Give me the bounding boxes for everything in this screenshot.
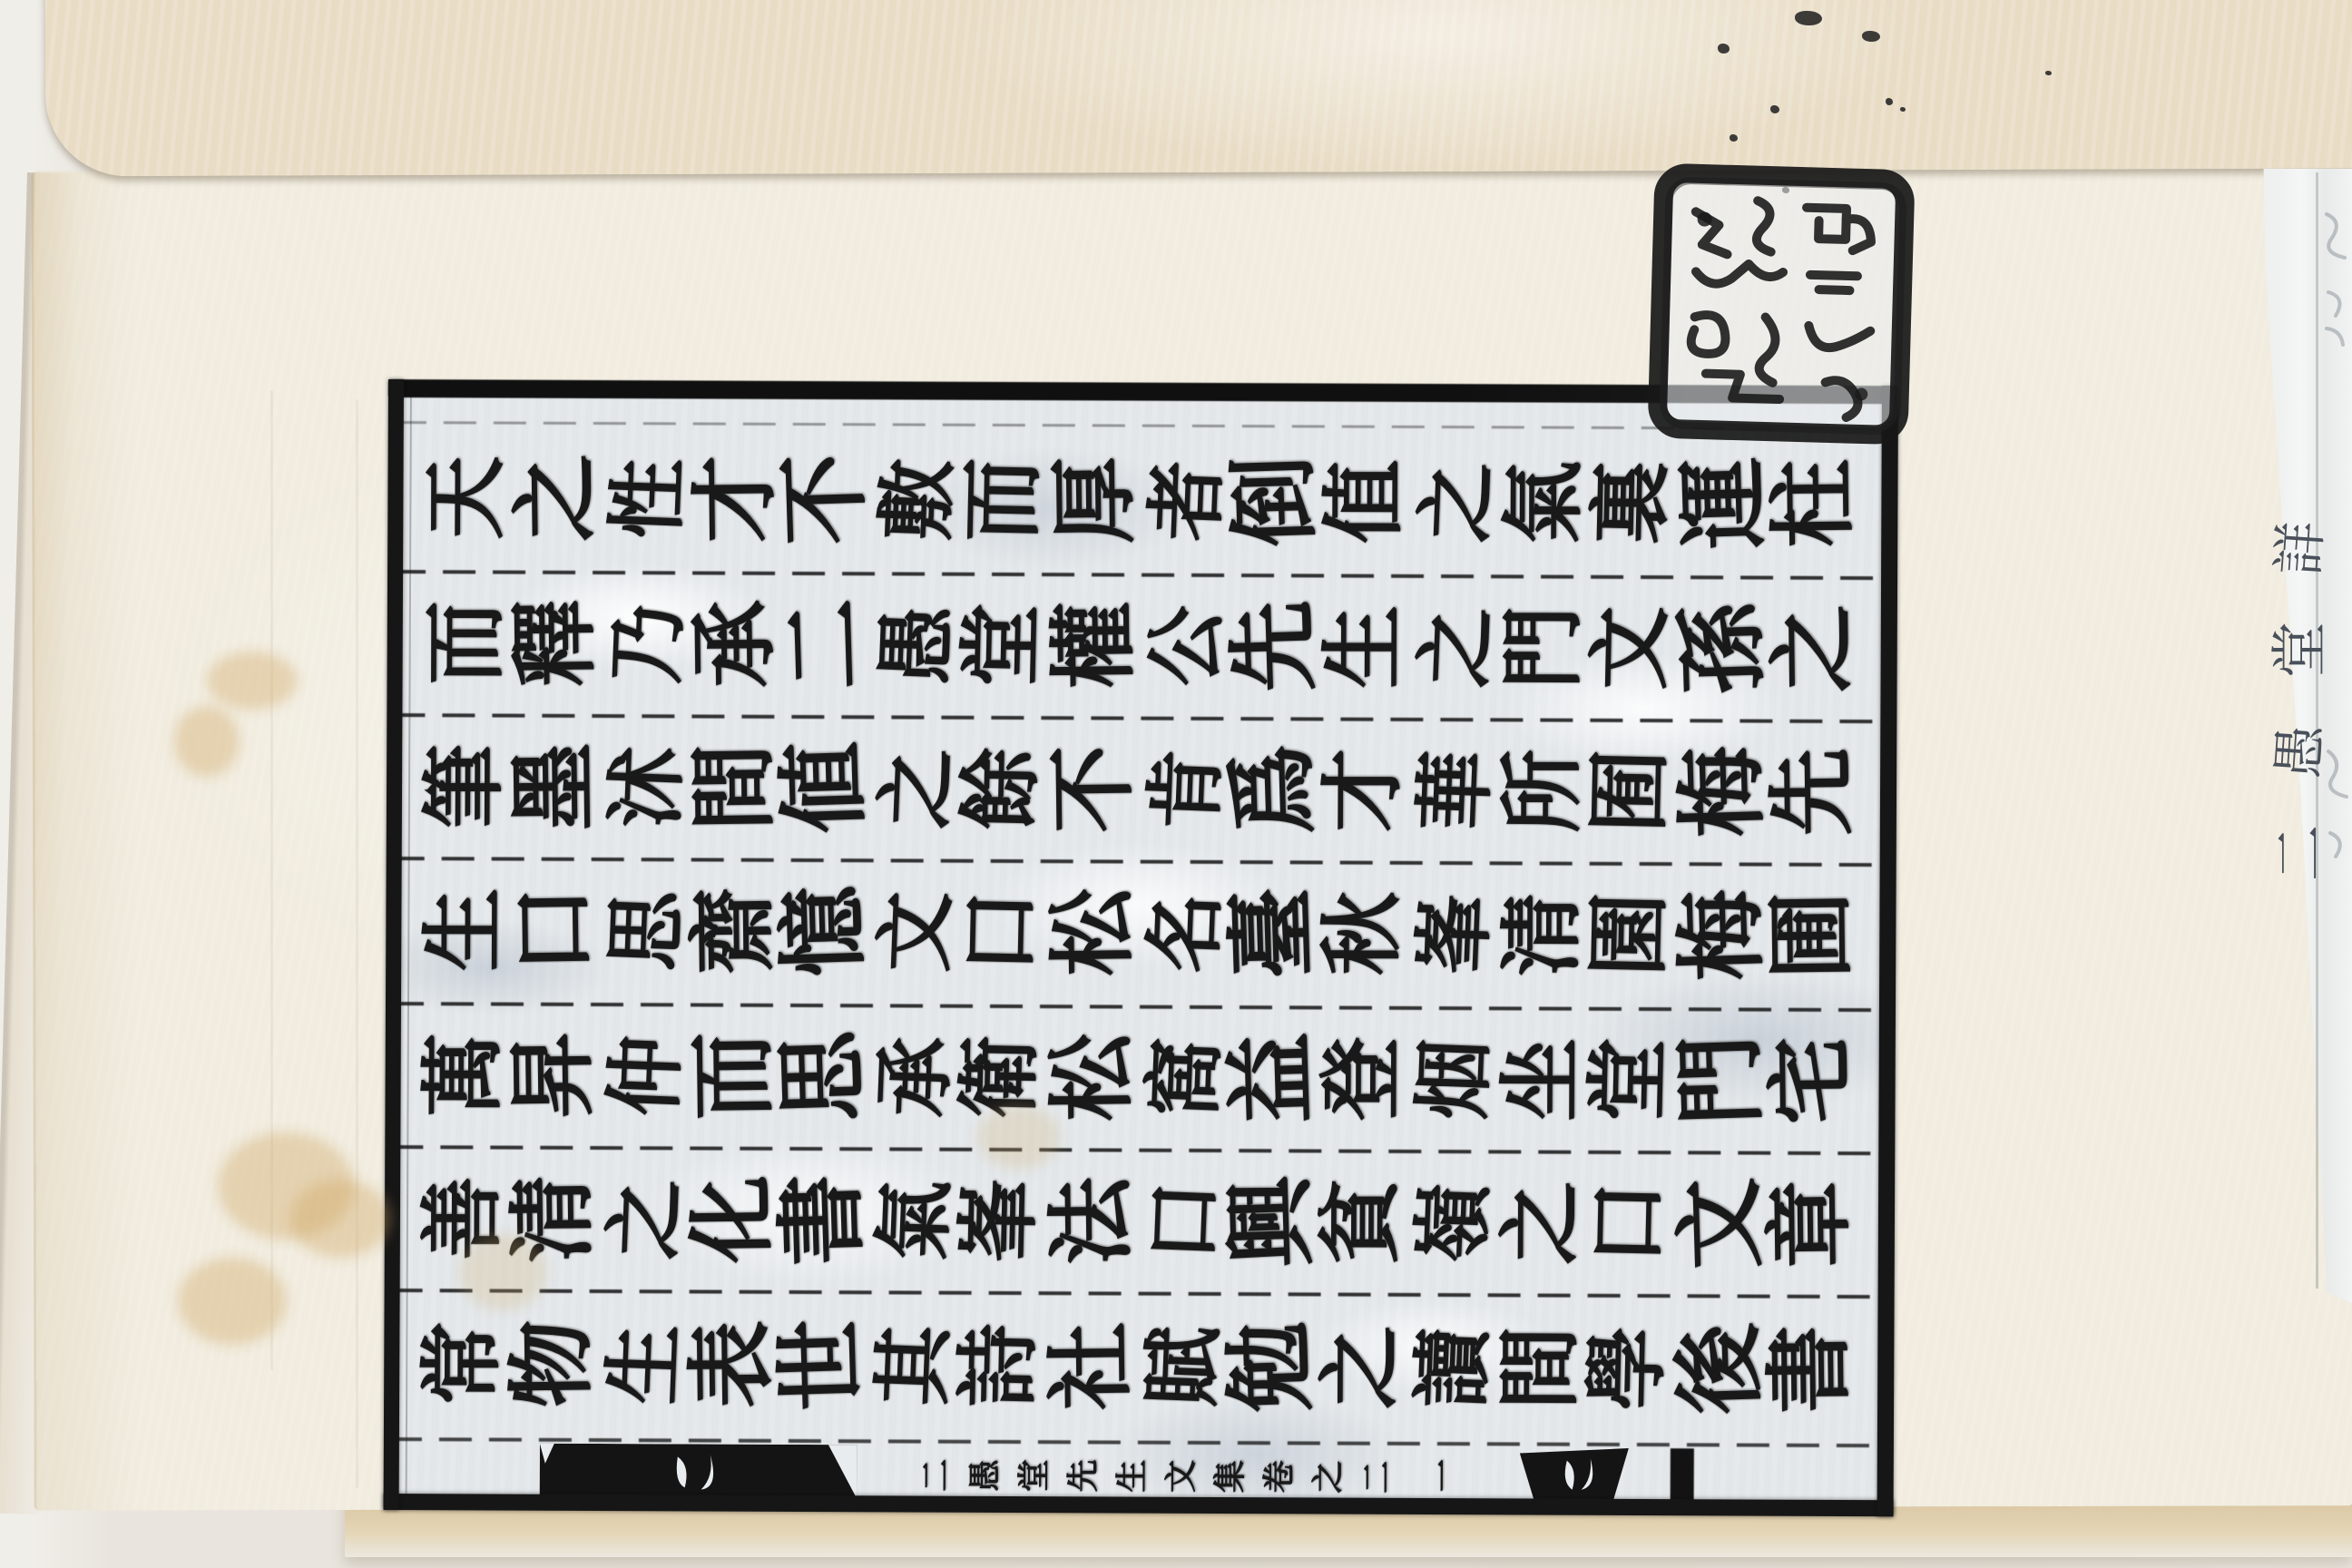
faint-handwriting — [2319, 205, 2352, 396]
stain — [178, 1258, 287, 1345]
paper-crease — [356, 399, 358, 1488]
fishtail-ornament-left — [540, 1444, 857, 1500]
stain — [290, 1180, 390, 1258]
faint-handwriting — [2323, 744, 2352, 889]
collector-seal — [1644, 160, 1921, 450]
stain — [978, 1105, 1060, 1169]
ink-speck — [1718, 44, 1730, 54]
ink-speck — [1795, 11, 1822, 25]
print-frame: 天之性才不敷而厚者倒值之氣裏運柱 而釋乃承二愚堂權公先生之門文孫之 筆墨沭間値之… — [384, 379, 1898, 1518]
fishtail-ornament-right — [1520, 1447, 1629, 1504]
ink-speck — [1730, 134, 1738, 142]
banxin-title: 二愚堂先生文集卷之二 — [912, 1451, 1402, 1502]
stain — [174, 706, 240, 777]
text-column: 常物生表世其詩社賦勉之讀間學後書 — [416, 1292, 1869, 1440]
text-column: 天之性才不敷而厚者倒值之氣裏運柱 — [420, 426, 1873, 574]
text-column: 生口思齋憶文口松名臺秋峯清園梅圃 — [418, 858, 1871, 1006]
text-column: 筆墨沭間値之餘不肯爲才華所囿梅先 — [419, 715, 1872, 863]
ink-speck — [2045, 71, 2052, 75]
text-column: 善清之化書氣峯法口興貧嶺之口文章 — [417, 1147, 1870, 1295]
text-column: 而釋乃承二愚堂權公先生之門文孫之 — [419, 572, 1872, 720]
stain — [459, 1234, 546, 1310]
text-column: 萬昇仲而思承衛松窩益登烟坐堂門宅 — [417, 1004, 1870, 1151]
ink-speck — [1770, 105, 1779, 113]
ink-speck — [1900, 107, 1906, 112]
stain — [207, 652, 298, 710]
ink-speck — [1862, 31, 1880, 42]
banxin-bar — [1671, 1448, 1694, 1503]
book-photograph: 天之性才不敷而厚者倒值之氣裏運柱 而釋乃承二愚堂權公先生之門文孫之 筆墨沭間値之… — [0, 0, 2352, 1568]
page-number: 一 — [1429, 1451, 1460, 1502]
ink-speck — [1886, 98, 1893, 105]
previous-leaf-edge — [45, 0, 2352, 176]
